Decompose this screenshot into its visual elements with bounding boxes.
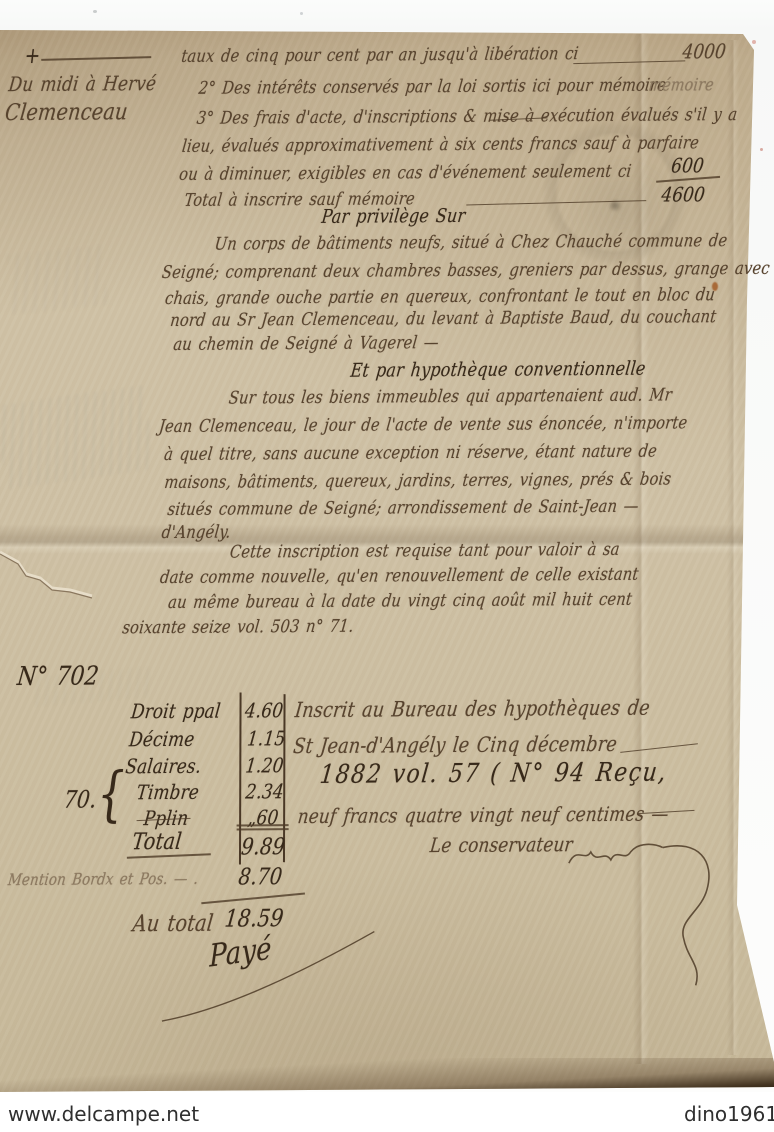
- fee-label: Décime: [128, 727, 196, 751]
- doc-number: N° 702: [16, 661, 101, 692]
- body-line: d'Angély.: [161, 523, 232, 543]
- carry-label: Mention Bordx et Pos. — .: [7, 869, 199, 889]
- photo-of-document: + Du midi à Hervé Clemenceau taux de cin…: [0, 0, 774, 1132]
- body-line: au chemin de Seigné à Vagerel —: [172, 333, 439, 355]
- amount-value: 4600: [660, 182, 706, 206]
- carry-value: 8.70: [237, 864, 284, 890]
- fee-total-label: Total: [131, 829, 183, 855]
- body-line: à quel titre, sans aucune exception ni r…: [163, 442, 658, 465]
- fee-column-rule: [239, 692, 241, 864]
- fee-group-brace: {: [97, 759, 125, 828]
- fee-label: Droit ppal: [130, 699, 222, 724]
- paid-flourish: [159, 927, 385, 1024]
- body-line: Sur tous les biens immeubles qui apparte…: [228, 385, 673, 408]
- carry-underline: [201, 893, 305, 904]
- fee-label: Salaires.: [124, 754, 202, 779]
- watermark-seller: dino1961: [684, 1102, 774, 1126]
- section-heading: Par privilège Sur: [320, 205, 466, 228]
- handwritten-content: + Du midi à Hervé Clemenceau taux de cin…: [0, 0, 774, 1132]
- body-line: maisons, bâtiments, quereux, jardins, te…: [163, 469, 672, 493]
- fee-sum-rule: [237, 824, 289, 826]
- ledger-line: 2° Des intérêts conservés par la loi sor…: [198, 75, 668, 98]
- watermark-site: www.delcampe.net: [8, 1102, 199, 1126]
- leader-dash: [466, 200, 646, 205]
- leader-dash: [573, 60, 685, 64]
- fee-value: 1.15: [246, 726, 287, 750]
- fee-sum-rule: [237, 828, 289, 830]
- ledger-line: 3° Des frais d'acte, d'inscriptions & mi…: [196, 105, 739, 129]
- body-line: Un corps de bâtiments neufs, situé à Che…: [214, 231, 729, 255]
- section-heading: Et par hypothèque conventionnelle: [350, 358, 647, 382]
- body-line: chais, grande ouche partie en quereux, c…: [164, 285, 716, 309]
- body-line: Cette inscription est requise tant pour …: [229, 540, 621, 563]
- conservator-signature: [559, 837, 740, 988]
- ledger-line: lieu, évalués approximativement à six ce…: [181, 133, 700, 157]
- registration-line: Inscrit au Bureau des hypothèques de: [294, 696, 651, 722]
- conservator-signoff: Le conservateur: [429, 832, 574, 857]
- body-line: situés commune de Seigné; arrondissement…: [166, 497, 639, 520]
- paid-note: Payé: [209, 930, 272, 974]
- body-line: au même bureau à la date du vingt cinq a…: [167, 590, 633, 613]
- grand-total-label: Au total: [131, 911, 214, 938]
- flourish-stroke: [620, 743, 698, 753]
- fee-total-value: 9.89: [240, 834, 287, 860]
- body-line: nord au Sr Jean Clemenceau, du levant à …: [169, 307, 717, 331]
- ledger-line: taux de cinq pour cent par an jusqu'à li…: [180, 44, 579, 67]
- fee-group-note: 70.: [63, 785, 99, 813]
- body-line: date comme nouvelle, qu'en renouvellemen…: [159, 565, 640, 588]
- registration-amount-line: neuf francs quatre vingt neuf centimes —: [297, 801, 670, 828]
- margin-note-line: Du midi à Hervé: [8, 71, 158, 96]
- grand-total-value: 18.59: [223, 904, 285, 932]
- margin-note-line: Clemenceau: [4, 99, 129, 126]
- registration-date-line: 1882 vol. 57 ( N° 94 Reçu,: [318, 757, 668, 789]
- registration-line: St Jean-d'Angély le Cinq décembre: [292, 732, 618, 758]
- ledger-line: ou à diminuer, exigibles en cas d'événem…: [178, 162, 632, 185]
- fee-value: 4.60: [244, 698, 285, 722]
- body-line: soixante seize vol. 503 n° 71.: [121, 617, 354, 639]
- fee-value: 2.34: [244, 779, 285, 803]
- body-line: Jean Clemenceau, le jour de l'acte de ve…: [158, 413, 689, 437]
- fee-label: Timbre: [135, 780, 200, 804]
- body-line: Seigné; comprenant deux chambres basses,…: [161, 259, 771, 283]
- watermark-bar: www.delcampe.net dino1961: [0, 1092, 774, 1132]
- margin-cross-line: [41, 56, 151, 60]
- fee-value: 1.20: [244, 753, 285, 777]
- margin-cross-mark: +: [23, 44, 41, 69]
- amount-value: mémoire: [648, 75, 715, 95]
- amount-value: 600: [670, 153, 705, 177]
- amount-value: 4000: [681, 39, 727, 63]
